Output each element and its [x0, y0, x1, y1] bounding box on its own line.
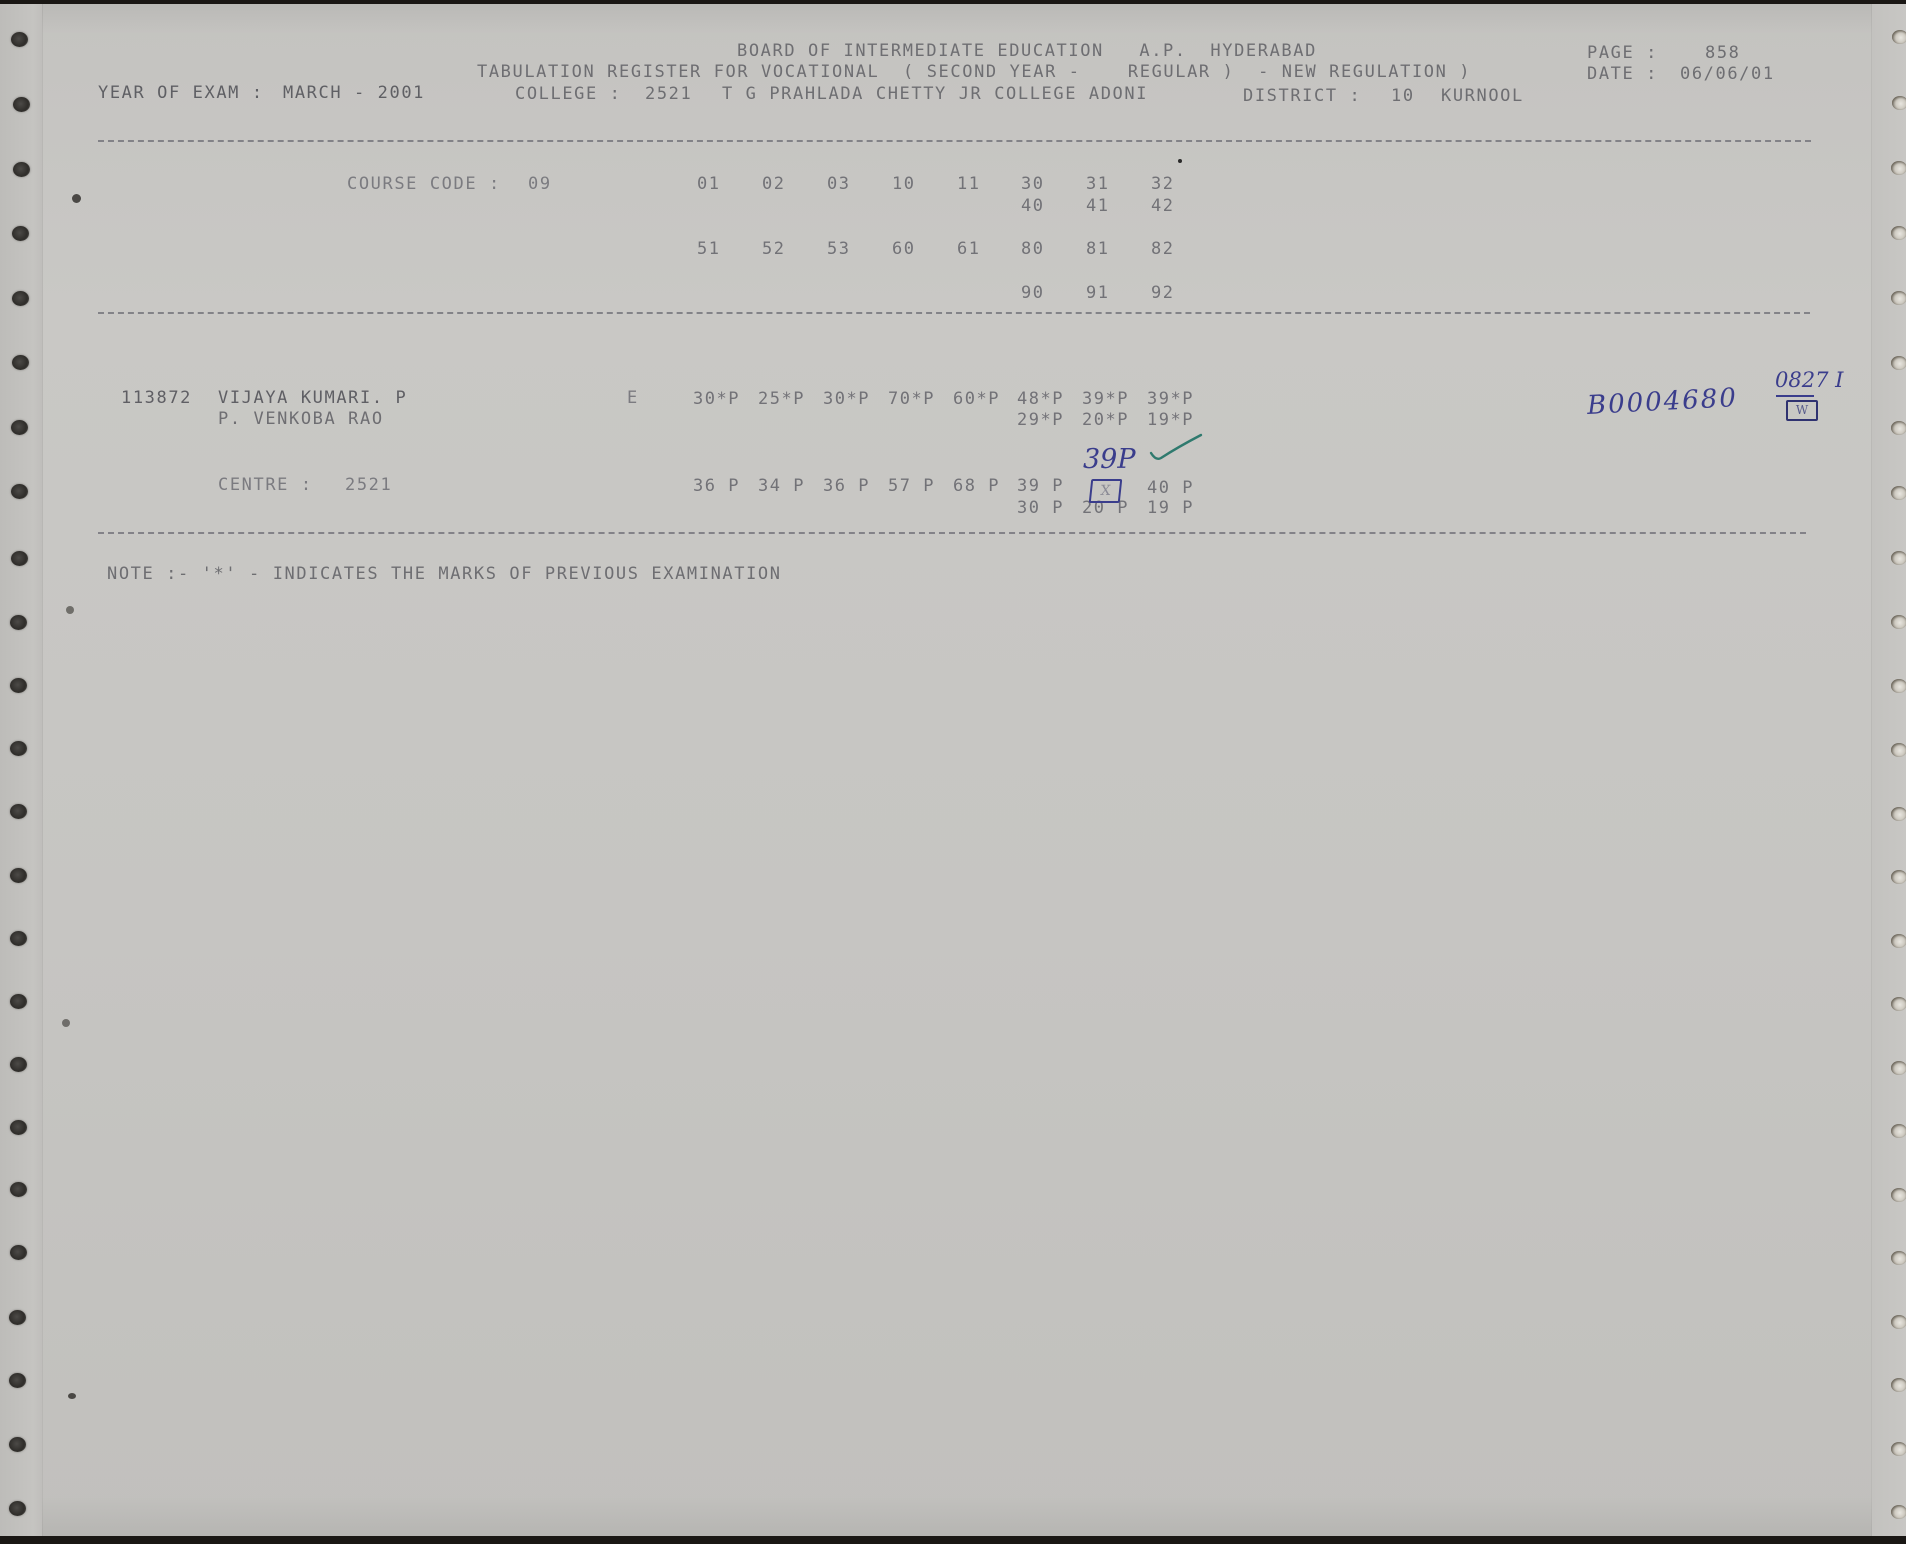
current-mark: 39 P — [1017, 476, 1064, 496]
handwritten-fraction-bar — [1776, 395, 1814, 397]
previous-mark: 39*P — [1147, 389, 1194, 409]
sprocket-hole-icon — [12, 355, 29, 370]
sprocket-hole-icon — [1891, 615, 1906, 629]
college-code: 2521 — [645, 85, 692, 103]
previous-mark: 19*P — [1147, 410, 1194, 430]
sprocket-hole-icon — [9, 1310, 26, 1325]
sprocket-hole-icon — [11, 484, 28, 499]
previous-mark: 20*P — [1082, 410, 1129, 430]
district-code: 10 — [1391, 87, 1415, 105]
current-mark: 68 P — [953, 476, 1000, 496]
college-name: T G PRAHLADA CHETTY JR COLLEGE ADONI — [722, 85, 1148, 103]
subject-code: 82 — [1151, 239, 1174, 259]
punch-mark-icon — [72, 194, 81, 203]
previous-mark: 60*P — [953, 389, 1000, 409]
sprocket-hole-icon — [1891, 1124, 1906, 1138]
subject-code: 80 — [1021, 239, 1044, 259]
current-mark: 36 P — [693, 476, 740, 496]
subject-code: 01 — [697, 174, 720, 194]
punch-mark-icon — [66, 606, 74, 614]
sprocket-hole-icon — [1891, 807, 1906, 821]
sprocket-hole-icon — [10, 804, 27, 819]
sprocket-hole-icon — [9, 1437, 26, 1452]
sprocket-hole-icon — [1891, 870, 1906, 884]
subject-code: 42 — [1151, 196, 1174, 216]
subject-code: 61 — [957, 239, 980, 259]
previous-mark: 30*P — [693, 389, 740, 409]
subject-code: 81 — [1086, 239, 1109, 259]
sprocket-hole-icon — [12, 291, 29, 306]
subject-code: 02 — [762, 174, 785, 194]
sprocket-hole-icon — [9, 1501, 26, 1516]
check-mark-icon — [1148, 431, 1204, 465]
subject-code: 53 — [827, 239, 850, 259]
paper-shading — [42, 4, 1872, 34]
boxed-code-text: W — [1788, 402, 1816, 419]
sprocket-hole-icon — [10, 868, 27, 883]
sprocket-hole-icon — [13, 97, 30, 112]
subject-code: 11 — [957, 174, 980, 194]
sprocket-hole-icon — [1891, 1315, 1906, 1329]
district-label: DISTRICT : — [1243, 87, 1361, 105]
boxed-mark-text: X — [1091, 481, 1120, 501]
register-title: TABULATION REGISTER FOR VOCATIONAL ( SEC… — [477, 63, 1471, 81]
sprocket-hole-icon — [1891, 1251, 1906, 1265]
record-divider — [98, 532, 1806, 534]
sprocket-hole-icon — [10, 994, 27, 1009]
sprocket-hole-icon — [12, 226, 29, 241]
sprocket-hole-icon — [13, 162, 30, 177]
sprocket-hole-icon — [1892, 30, 1906, 44]
subject-code: 51 — [697, 239, 720, 259]
sprocket-hole-icon — [10, 615, 27, 630]
subject-code: 31 — [1086, 174, 1109, 194]
sprocket-hole-icon — [10, 678, 27, 693]
current-mark: 36 P — [823, 476, 870, 496]
sprocket-hole-icon — [1891, 551, 1906, 565]
sprocket-hole-icon — [11, 32, 28, 47]
handwritten-boxed-code: W — [1786, 400, 1818, 421]
sprocket-hole-icon — [10, 1057, 27, 1072]
previous-mark: 39*P — [1082, 389, 1129, 409]
sprocket-hole-icon — [11, 420, 28, 435]
sprocket-hole-icon — [1891, 356, 1906, 370]
tabulation-register-sheet: BOARD OF INTERMEDIATE EDUCATION A.P. HYD… — [0, 4, 1906, 1536]
page-number: 858 — [1705, 44, 1741, 62]
sprocket-hole-icon — [1891, 1442, 1906, 1456]
subject-code: 52 — [762, 239, 785, 259]
footnote: NOTE :- '*' - INDICATES THE MARKS OF PRE… — [107, 565, 782, 583]
sprocket-hole-icon — [1891, 1378, 1906, 1392]
subject-code: 32 — [1151, 174, 1174, 194]
previous-mark: 25*P — [758, 389, 805, 409]
sprocket-hole-icon — [1891, 161, 1906, 175]
medium: E — [627, 389, 639, 407]
boxed-absent-mark: X — [1089, 479, 1123, 503]
sprocket-hole-icon — [1892, 96, 1906, 110]
sprocket-hole-icon — [1891, 997, 1906, 1011]
centre-label: CENTRE : — [218, 476, 313, 494]
sprocket-hole-icon — [10, 931, 27, 946]
course-divider — [98, 312, 1810, 314]
header-divider — [98, 140, 1811, 142]
previous-mark: 30*P — [823, 389, 870, 409]
current-mark: 40 P — [1147, 478, 1194, 498]
father-name: P. VENKOBA RAO — [218, 410, 384, 428]
current-mark: 57 P — [888, 476, 935, 496]
board-title: BOARD OF INTERMEDIATE EDUCATION A.P. HYD… — [737, 42, 1317, 60]
district-name: KURNOOL — [1441, 87, 1524, 105]
subject-code: 40 — [1021, 196, 1044, 216]
sprocket-hole-icon — [1891, 1505, 1906, 1519]
subject-code: 10 — [892, 174, 915, 194]
previous-mark: 70*P — [888, 389, 935, 409]
page-label: PAGE : — [1587, 44, 1658, 62]
sprocket-hole-icon — [10, 1182, 27, 1197]
handwritten-code-top: 0827 I — [1775, 368, 1843, 392]
student-name: VIJAYA KUMARI. P — [218, 389, 407, 407]
hall-ticket-number: 113872 — [121, 389, 192, 407]
subject-code: 41 — [1086, 196, 1109, 216]
subject-code: 60 — [892, 239, 915, 259]
sprocket-hole-icon — [9, 1373, 26, 1388]
subject-code: 03 — [827, 174, 850, 194]
subject-code: 90 — [1021, 283, 1044, 303]
punch-mark-icon — [68, 1393, 76, 1399]
subject-code: 92 — [1151, 283, 1174, 303]
sprocket-hole-icon — [1891, 743, 1906, 757]
centre-code: 2521 — [345, 476, 392, 494]
punch-mark-icon — [62, 1019, 70, 1027]
sprocket-hole-icon — [1891, 1061, 1906, 1075]
sprocket-hole-icon — [1891, 679, 1906, 693]
handwritten-corrected-mark: 39P — [1083, 444, 1136, 475]
course-code-value: 09 — [528, 175, 552, 193]
previous-mark: 48*P — [1017, 389, 1064, 409]
current-mark: 30 P — [1017, 498, 1064, 518]
subject-code: 91 — [1086, 283, 1109, 303]
sprocket-hole-icon — [1891, 486, 1906, 500]
sprocket-hole-icon — [1891, 934, 1906, 948]
date-value: 06/06/01 — [1680, 65, 1775, 83]
sprocket-hole-icon — [11, 551, 28, 566]
sprocket-hole-icon — [1891, 1188, 1906, 1202]
handwritten-reference-number: B0004680 — [1586, 383, 1738, 421]
year-of-exam-label: YEAR OF EXAM : — [98, 84, 264, 102]
sprocket-hole-icon — [10, 1245, 27, 1260]
year-of-exam-value: MARCH - 2001 — [283, 84, 425, 102]
college-label: COLLEGE : — [515, 85, 622, 103]
sprocket-hole-icon — [10, 1120, 27, 1135]
date-label: DATE : — [1587, 65, 1658, 83]
subject-code: 30 — [1021, 174, 1044, 194]
course-code-label: COURSE CODE : — [347, 175, 501, 193]
sprocket-hole-icon — [1891, 226, 1906, 240]
sprocket-hole-icon — [10, 741, 27, 756]
sprocket-hole-icon — [1891, 421, 1906, 435]
previous-mark: 29*P — [1017, 410, 1064, 430]
current-mark: 34 P — [758, 476, 805, 496]
ink-dot — [1178, 159, 1182, 163]
current-mark: 19 P — [1147, 498, 1194, 518]
paper-shading — [42, 1496, 1872, 1536]
sprocket-hole-icon — [1891, 291, 1906, 305]
